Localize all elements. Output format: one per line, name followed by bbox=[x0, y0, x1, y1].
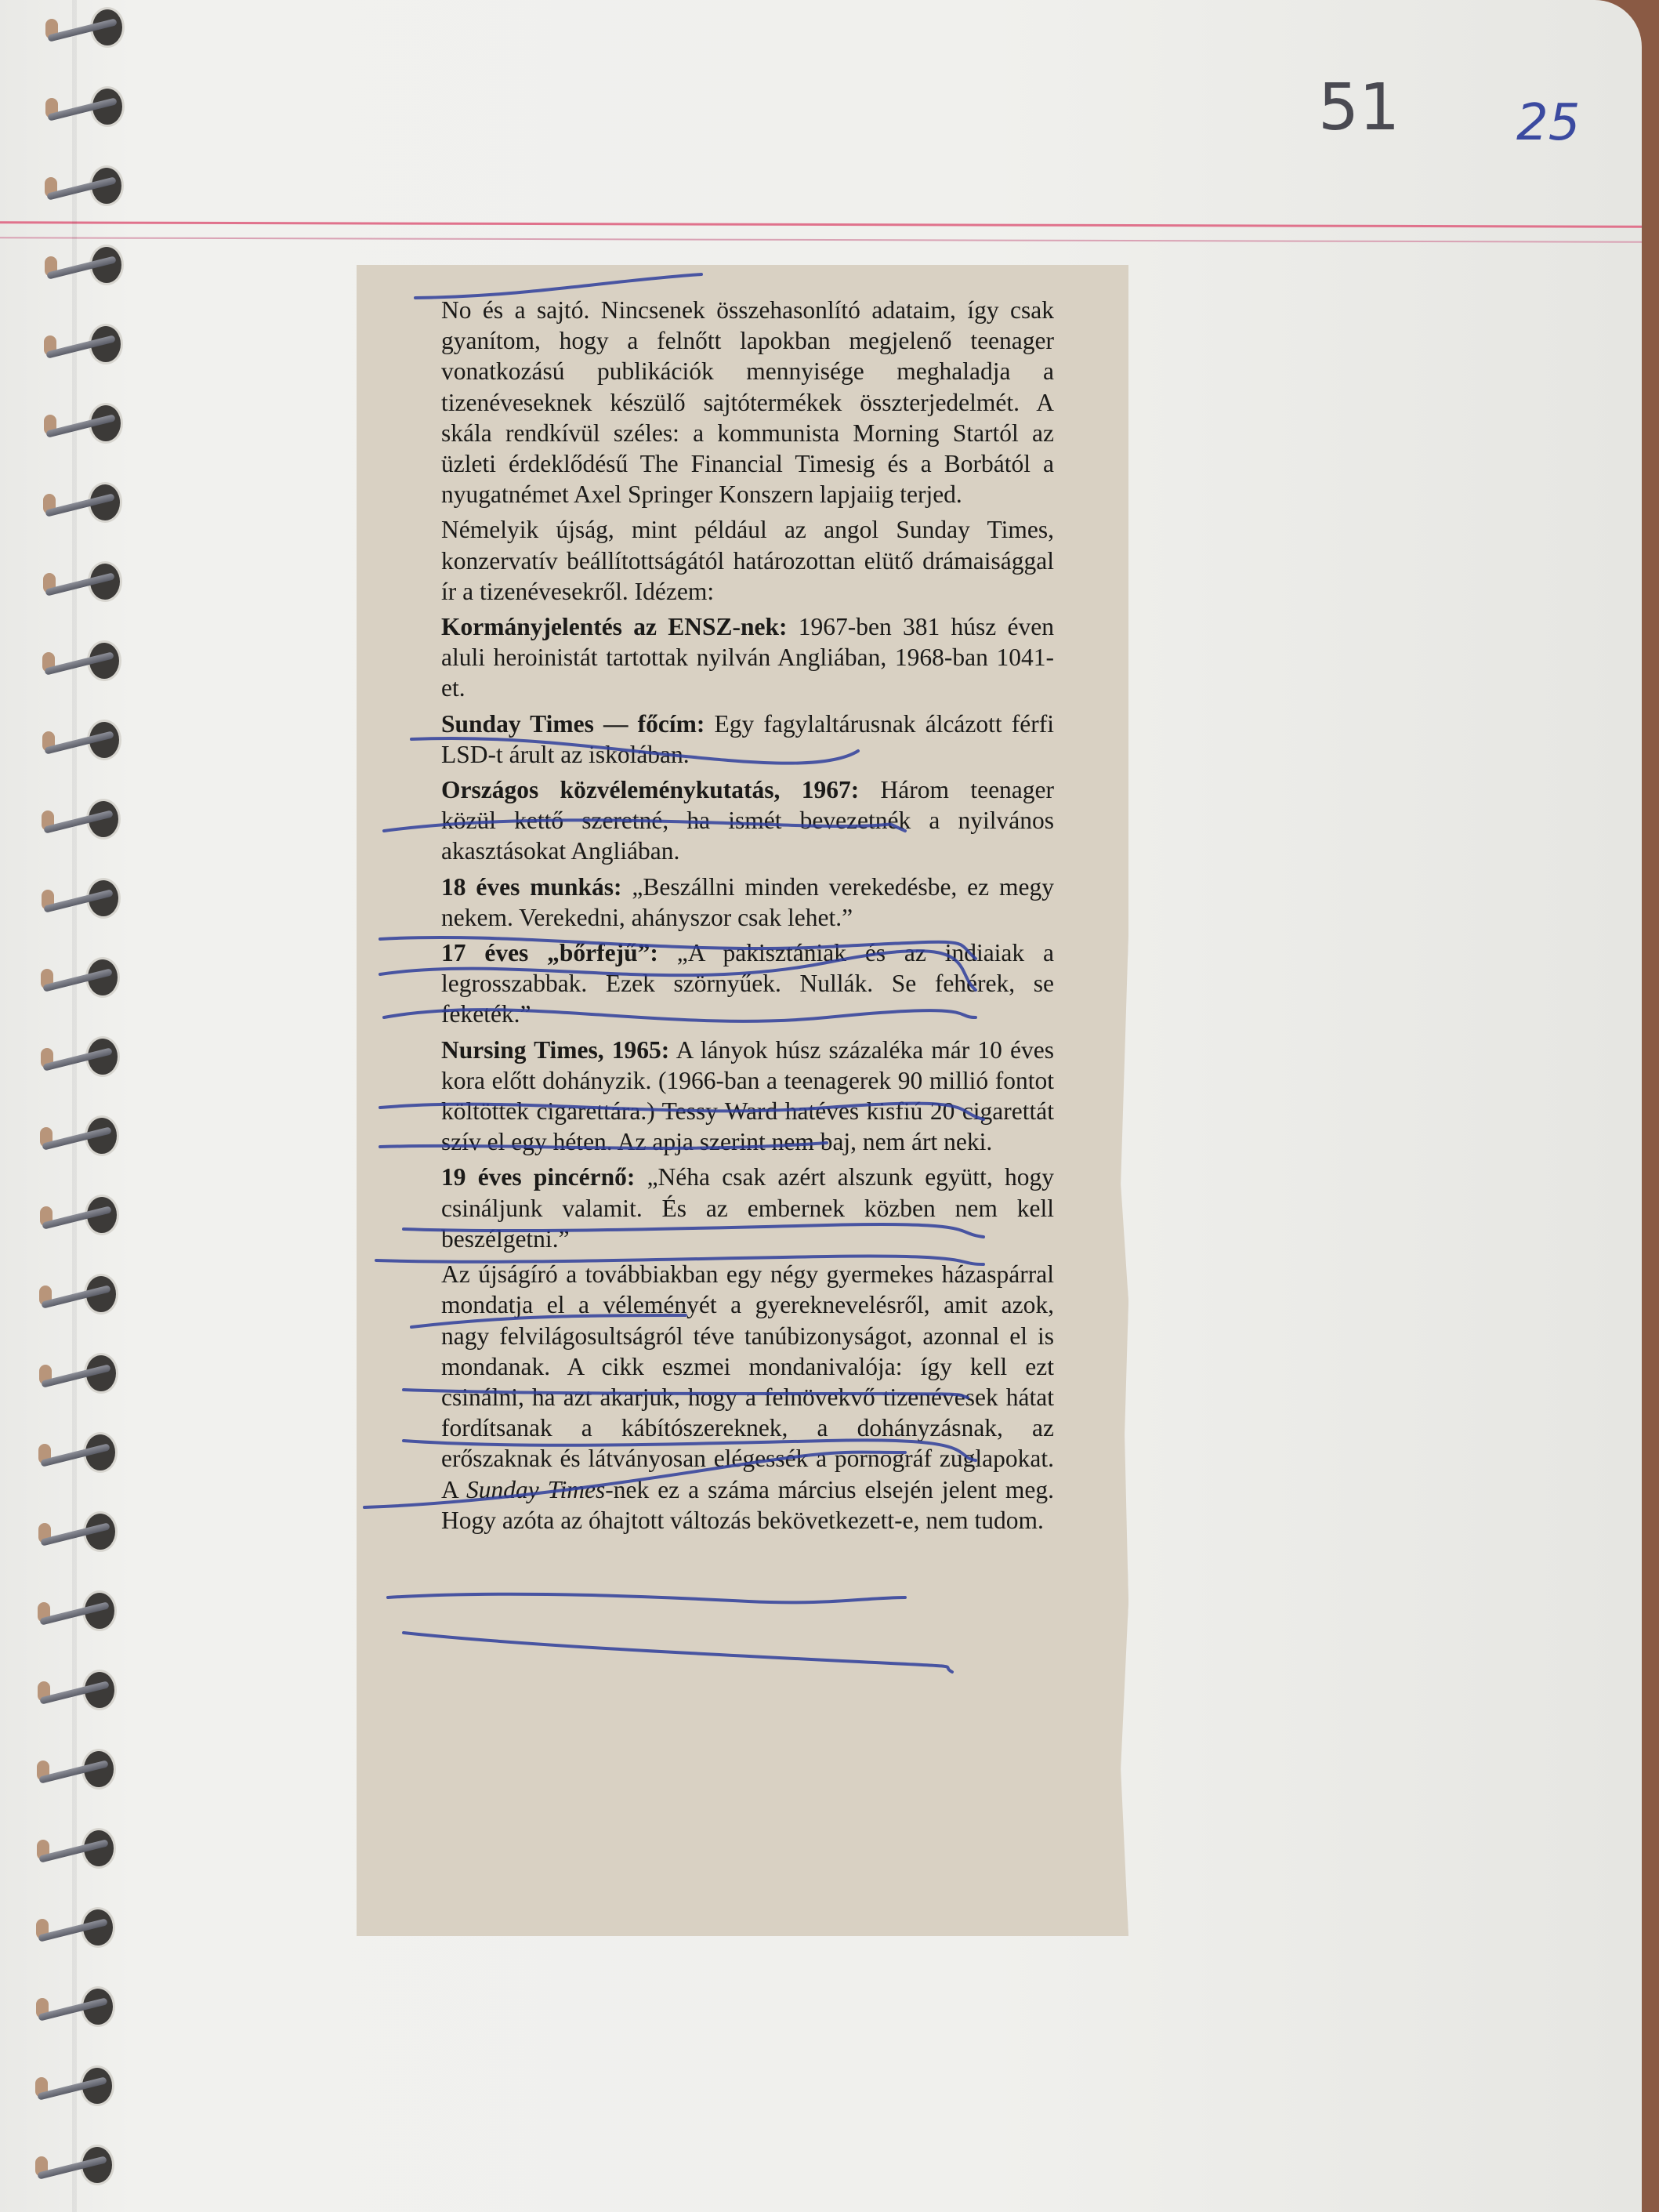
quote-item: Országos közvéleménykutatás, 1967: Három… bbox=[441, 774, 1054, 867]
closing-italic-title: Sunday Times bbox=[466, 1476, 605, 1503]
spiral-coil bbox=[41, 964, 127, 995]
spiral-binding bbox=[24, 0, 133, 2212]
second-paragraph: Némelyik újság, mint például az angol Su… bbox=[441, 514, 1054, 607]
spiral-coil bbox=[45, 93, 132, 125]
spiral-coil bbox=[42, 806, 128, 837]
intro-paragraph: No és a sajtó. Nincsenek összehasonlító … bbox=[441, 295, 1054, 509]
spiral-coil bbox=[44, 410, 130, 441]
spiral-coil bbox=[40, 1202, 126, 1233]
quote-source: 19 éves pincérnő: bbox=[441, 1163, 635, 1191]
page-number-pen: 25 bbox=[1516, 94, 1580, 152]
spiral-coil bbox=[36, 1993, 122, 2025]
spiral-coil bbox=[38, 1597, 124, 1629]
quote-source: 18 éves munkás: bbox=[441, 873, 622, 901]
spiral-coil bbox=[36, 1914, 122, 1945]
spiral-coil bbox=[39, 1281, 125, 1312]
spiral-coil bbox=[45, 252, 131, 283]
spiral-coil bbox=[35, 2072, 121, 2104]
spiral-coil bbox=[42, 647, 129, 679]
quote-source: 17 éves „bőrfejű”: bbox=[441, 939, 658, 966]
clipping-text: No és a sajtó. Nincsenek összehasonlító … bbox=[441, 295, 1054, 1536]
quote-item: Kormányjelentés az ENSZ-nek: 1967-ben 38… bbox=[441, 611, 1054, 704]
spiral-coil bbox=[45, 172, 131, 204]
page-number-pencil: 51 bbox=[1318, 71, 1400, 145]
spiral-coil bbox=[38, 1677, 124, 1708]
quote-source: Sunday Times — főcím: bbox=[441, 710, 705, 738]
newspaper-clipping: No és a sajtó. Nincsenek összehasonlító … bbox=[357, 265, 1128, 1936]
spiral-coil bbox=[37, 1756, 123, 1787]
spiral-coil bbox=[42, 727, 129, 758]
spiral-coil bbox=[35, 2152, 121, 2183]
quote-source: Kormányjelentés az ENSZ-nek: bbox=[441, 613, 788, 640]
spiral-coil bbox=[43, 489, 129, 520]
quote-item: 18 éves munkás: „Beszállni minden vereke… bbox=[441, 872, 1054, 933]
spiral-coil bbox=[41, 1043, 127, 1075]
spiral-coil bbox=[40, 1122, 126, 1154]
spiral-coil bbox=[38, 1439, 125, 1470]
spiral-coil bbox=[39, 1360, 125, 1391]
spiral-coil bbox=[43, 568, 129, 600]
quote-item: Nursing Times, 1965: A lányok húsz száza… bbox=[441, 1035, 1054, 1158]
quote-source: Nursing Times, 1965: bbox=[441, 1036, 669, 1064]
quote-item: Sunday Times — főcím: Egy fagylaltárusna… bbox=[441, 709, 1054, 770]
quote-source: Országos közvéleménykutatás, 1967: bbox=[441, 776, 859, 803]
quote-item: 19 éves pincérnő: „Néha csak azért alszu… bbox=[441, 1162, 1054, 1254]
quote-item: 17 éves „bőrfejű”: „A pakisztániak és az… bbox=[441, 937, 1054, 1030]
spiral-coil bbox=[38, 1518, 125, 1550]
spiral-coil bbox=[45, 14, 132, 45]
spiral-coil bbox=[44, 331, 130, 362]
closing-text-1: Az újságíró a továbbiakban egy négy gyer… bbox=[441, 1260, 1054, 1503]
spiral-coil bbox=[37, 1835, 123, 1866]
spiral-coil bbox=[42, 885, 128, 916]
closing-paragraph: Az újságíró a továbbiakban egy négy gyer… bbox=[441, 1259, 1054, 1536]
